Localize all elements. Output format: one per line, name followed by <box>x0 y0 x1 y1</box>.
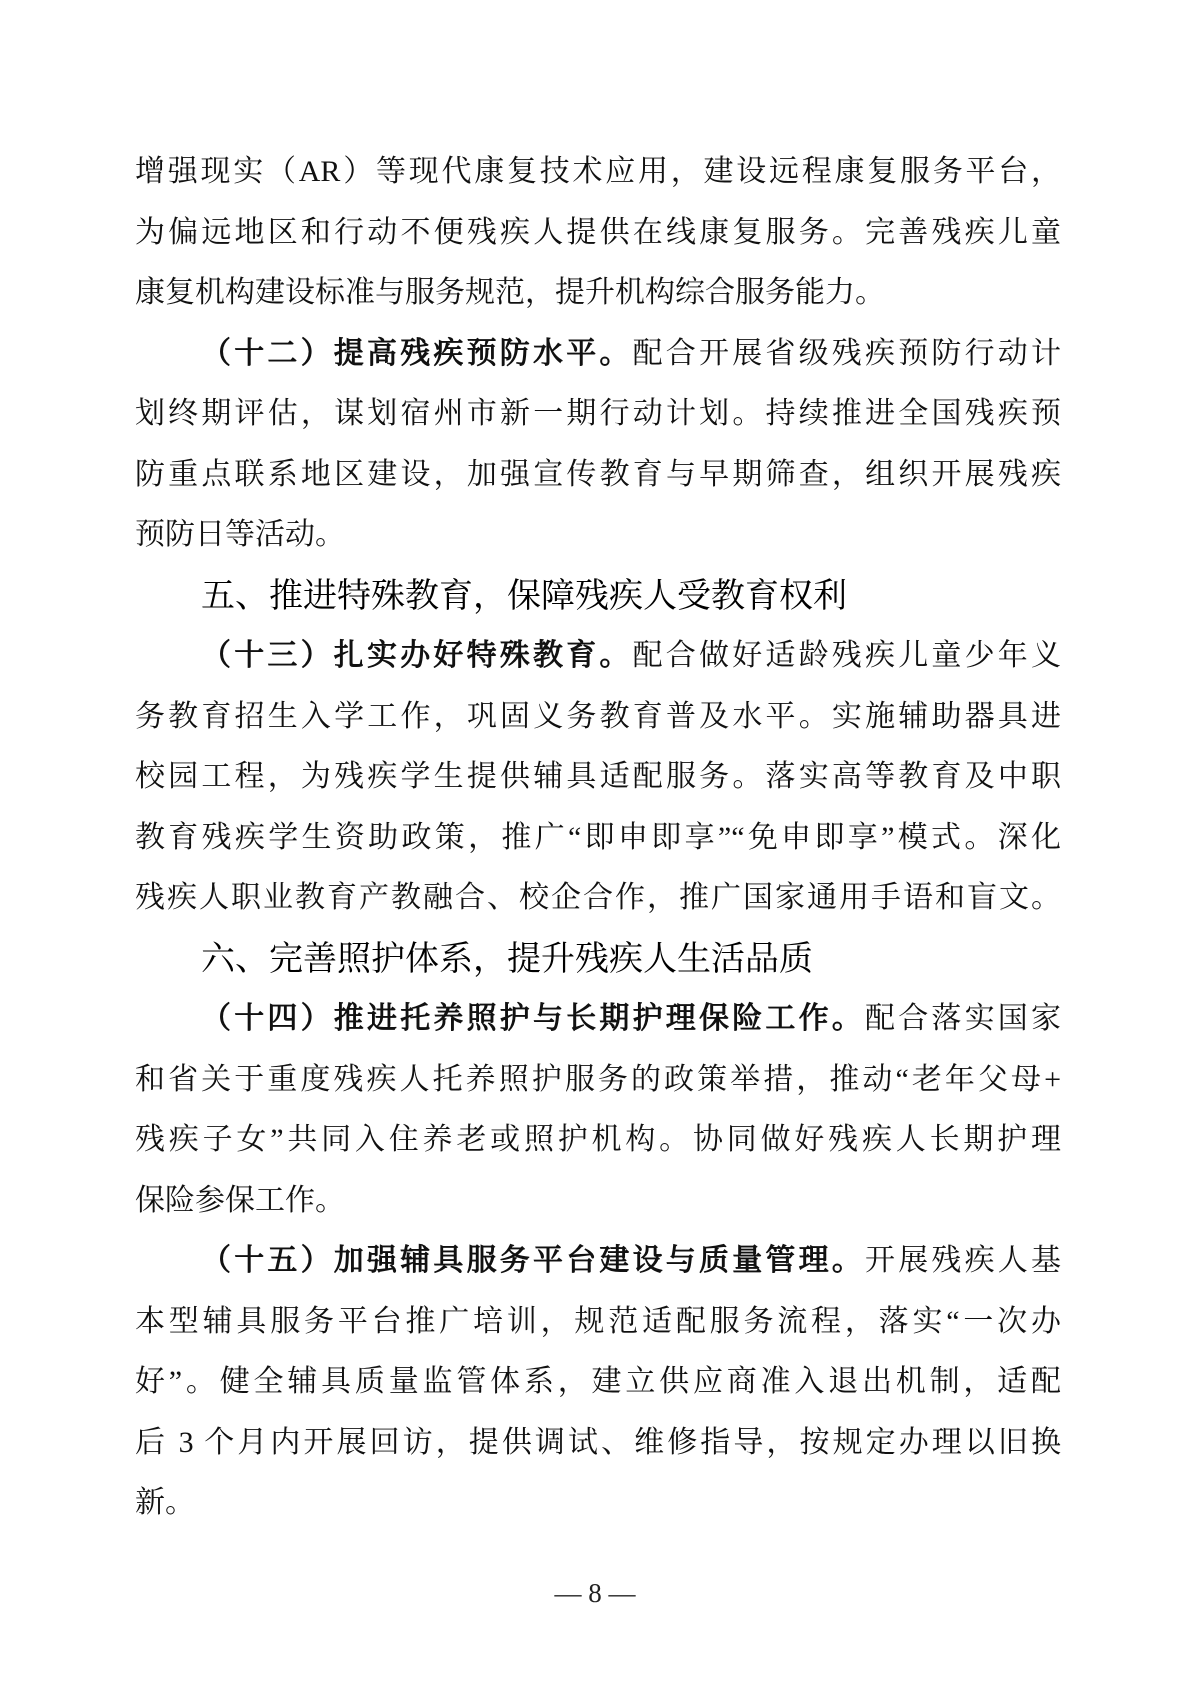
paragraph: （十二）提高残疾预防水平。配合开展省级残疾预防行动计划终期评估，谋划宿州市新一期… <box>135 324 1061 566</box>
text-segment: 五、推进特殊教育，保障残疾人受教育权利 <box>201 577 847 615</box>
text-segment: 配合做好适龄残疾儿童少年义 <box>633 639 1061 672</box>
text-line: 为偏远地区和行动不便残疾人提供在线康复服务。完善残疾儿童 <box>135 203 1061 264</box>
text-segment: 配合落实国家 <box>865 1002 1061 1035</box>
paragraph: （十四）推进托养照护与长期护理保险工作。配合落实国家和省关于重度残疾人托养照护服… <box>135 989 1061 1231</box>
paragraph-lead: （十五）加强辅具服务平台建设与质量管理。 <box>201 1244 865 1277</box>
text-line: 教育残疾学生资助政策，推广“即申即享”“免申即享”模式。深化 <box>135 808 1061 869</box>
text-segment: 防重点联系地区建设，加强宣传教育与早期筛查，组织开展残疾 <box>135 458 1061 491</box>
text-line: 六、完善照护体系，提升残疾人生活品质 <box>135 929 1061 990</box>
text-segment: 预防日等活动。 <box>135 518 345 551</box>
page-number: — 8 — <box>555 1578 636 1608</box>
paragraph-lead: （十四）推进托养照护与长期护理保险工作。 <box>201 1002 865 1035</box>
paragraph-lead: （十三）扎实办好特殊教育。 <box>201 639 633 672</box>
paragraph-lead: （十二）提高残疾预防水平。 <box>201 337 633 370</box>
text-segment: 残疾人职业教育产教融合、校企合作，推广国家通用手语和盲文。 <box>135 881 1061 914</box>
text-segment: 保险参保工作。 <box>135 1184 345 1217</box>
text-segment: 教育残疾学生资助政策，推广“即申即享”“免申即享”模式。深化 <box>135 821 1061 854</box>
text-body: 增强现实（AR）等现代康复技术应用，建设远程康复服务平台，为偏远地区和行动不便残… <box>135 142 1061 1534</box>
text-segment: 配合开展省级残疾预防行动计 <box>633 337 1061 370</box>
paragraph: 增强现实（AR）等现代康复技术应用，建设远程康复服务平台，为偏远地区和行动不便残… <box>135 142 1061 324</box>
text-segment: 本型辅具服务平台推广培训，规范适配服务流程，落实“一次办 <box>135 1305 1061 1338</box>
text-segment: 划终期评估，谋划宿州市新一期行动计划。持续推进全国残疾预 <box>135 397 1061 430</box>
text-line: （十五）加强辅具服务平台建设与质量管理。开展残疾人基 <box>135 1231 1061 1292</box>
text-line: （十二）提高残疾预防水平。配合开展省级残疾预防行动计 <box>135 324 1061 385</box>
text-segment: 和省关于重度残疾人托养照护服务的政策举措，推动“老年父母+ <box>135 1063 1061 1096</box>
text-line: 康复机构建设标准与服务规范，提升机构综合服务能力。 <box>135 263 1061 324</box>
text-line: 和省关于重度残疾人托养照护服务的政策举措，推动“老年父母+ <box>135 1050 1061 1111</box>
text-line: 防重点联系地区建设，加强宣传教育与早期筛查，组织开展残疾 <box>135 445 1061 506</box>
text-segment: 增强现实（AR）等现代康复技术应用，建设远程康复服务平台， <box>135 155 1061 188</box>
section-heading: 六、完善照护体系，提升残疾人生活品质 <box>135 929 1061 990</box>
text-segment: 校园工程，为残疾学生提供辅具适配服务。落实高等教育及中职 <box>135 760 1061 793</box>
text-segment: 后 3 个月内开展回访，提供调试、维修指导，按规定办理以旧换 <box>135 1426 1061 1459</box>
text-line: 划终期评估，谋划宿州市新一期行动计划。持续推进全国残疾预 <box>135 384 1061 445</box>
text-line: 残疾人职业教育产教融合、校企合作，推广国家通用手语和盲文。 <box>135 868 1061 929</box>
text-segment: 康复机构建设标准与服务规范，提升机构综合服务能力。 <box>135 276 885 309</box>
text-line: 本型辅具服务平台推广培训，规范适配服务流程，落实“一次办 <box>135 1292 1061 1353</box>
text-line: 务教育招生入学工作，巩固义务教育普及水平。实施辅助器具进 <box>135 687 1061 748</box>
text-line: 后 3 个月内开展回访，提供调试、维修指导，按规定办理以旧换 <box>135 1413 1061 1474</box>
text-line: 五、推进特殊教育，保障残疾人受教育权利 <box>135 566 1061 627</box>
text-line: 残疾子女”共同入住养老或照护机构。协同做好残疾人长期护理 <box>135 1110 1061 1171</box>
text-line: 保险参保工作。 <box>135 1171 1061 1232</box>
text-line: （十四）推进托养照护与长期护理保险工作。配合落实国家 <box>135 989 1061 1050</box>
text-line: 预防日等活动。 <box>135 505 1061 566</box>
text-line: 新。 <box>135 1473 1061 1534</box>
text-segment: 为偏远地区和行动不便残疾人提供在线康复服务。完善残疾儿童 <box>135 216 1061 249</box>
section-heading: 五、推进特殊教育，保障残疾人受教育权利 <box>135 566 1061 627</box>
document-page: 增强现实（AR）等现代康复技术应用，建设远程康复服务平台，为偏远地区和行动不便残… <box>0 0 1190 1683</box>
text-line: 校园工程，为残疾学生提供辅具适配服务。落实高等教育及中职 <box>135 747 1061 808</box>
text-segment: 残疾子女”共同入住养老或照护机构。协同做好残疾人长期护理 <box>135 1123 1061 1156</box>
text-segment: 务教育招生入学工作，巩固义务教育普及水平。实施辅助器具进 <box>135 700 1061 733</box>
paragraph: （十三）扎实办好特殊教育。配合做好适龄残疾儿童少年义务教育招生入学工作，巩固义务… <box>135 626 1061 929</box>
text-line: （十三）扎实办好特殊教育。配合做好适龄残疾儿童少年义 <box>135 626 1061 687</box>
text-segment: 开展残疾人基 <box>865 1244 1061 1277</box>
paragraph: （十五）加强辅具服务平台建设与质量管理。开展残疾人基本型辅具服务平台推广培训，规… <box>135 1231 1061 1534</box>
page-footer: — 8 — <box>0 1578 1190 1609</box>
text-line: 好”。健全辅具质量监管体系，建立供应商准入退出机制，适配 <box>135 1352 1061 1413</box>
text-segment: 好”。健全辅具质量监管体系，建立供应商准入退出机制，适配 <box>135 1365 1061 1398</box>
text-segment: 六、完善照护体系，提升残疾人生活品质 <box>201 940 813 978</box>
text-segment: 新。 <box>135 1486 195 1519</box>
text-line: 增强现实（AR）等现代康复技术应用，建设远程康复服务平台， <box>135 142 1061 203</box>
